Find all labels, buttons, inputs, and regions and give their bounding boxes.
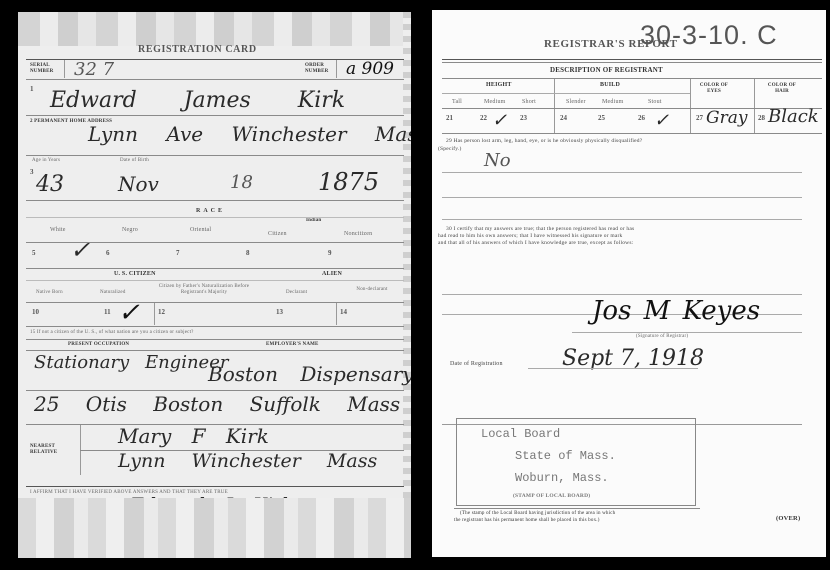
divider: [442, 59, 822, 60]
divider: [454, 508, 700, 509]
field-number: 28: [758, 114, 765, 122]
scan-texture-bottom: [18, 498, 411, 558]
field-number: 8: [246, 249, 250, 257]
divider: [528, 368, 698, 369]
divider: [336, 60, 337, 78]
field-number: 25: [598, 114, 605, 122]
date-of-registration-label: Date of Registration: [450, 361, 503, 367]
medium-height-checkmark: ✓: [492, 110, 507, 131]
divider: [690, 79, 691, 133]
question-30-line-3: and that all of his answers of which I h…: [438, 240, 633, 246]
description-title: DESCRIPTION OF REGISTRANT: [550, 66, 663, 74]
divider: [26, 79, 404, 80]
height-col-medium: Medium: [484, 99, 506, 105]
scan-texture-top: [18, 12, 411, 46]
relative-name: Mary F Kirk: [118, 424, 269, 448]
order-number: a 909: [346, 59, 394, 79]
divider: [26, 350, 404, 351]
footnote-line-1: (The stamp of the Local Board having jur…: [460, 511, 615, 516]
divider: [26, 200, 404, 201]
stamp-line-2: State of Mass.: [515, 449, 616, 463]
local-board-stamp-box: Local Board State of Mass. Woburn, Mass.…: [456, 418, 696, 506]
field-number: 27: [696, 114, 703, 122]
dob-label: Date of Birth: [120, 158, 149, 163]
height-label: HEIGHT: [486, 82, 512, 88]
home-address: Lynn Ave Winchester Mass: [88, 122, 411, 146]
divider: [442, 219, 802, 220]
citizen-col-declarant: Declarant: [286, 290, 307, 295]
field-number: 14: [340, 308, 347, 316]
stout-build-checkmark: ✓: [654, 110, 669, 131]
white-checkmark: ✓: [70, 236, 90, 264]
registrar-signature: Jos M Keyes: [592, 296, 760, 326]
race-col-white: White: [50, 227, 66, 233]
employment-place: 25 Otis Boston Suffolk Mass: [34, 392, 400, 416]
field-number: 22: [480, 114, 487, 122]
height-col-tall: Tall: [452, 99, 462, 105]
footnote-line-2: the registrant has his permanent home sh…: [454, 518, 600, 523]
divider: [442, 197, 802, 198]
citizen-col-by-father: Citizen by Father's Naturalization Befor…: [154, 284, 254, 296]
build-col-stout: Stout: [648, 99, 662, 105]
race-col-negro: Negro: [122, 227, 138, 233]
divider: [26, 115, 404, 116]
divider: [442, 78, 822, 79]
stamped-number: 30-3-10. C: [640, 20, 778, 51]
divider: [26, 155, 404, 156]
divider: [64, 60, 65, 78]
citizen-col-nondeclarant: Non-declarant: [354, 287, 390, 293]
registration-card: REGISTRATION CARD SERIAL NUMBER 32 7 ORD…: [18, 12, 411, 558]
divider: [442, 172, 802, 173]
registrant-name: Edward James Kirk: [50, 88, 345, 113]
divider: [26, 339, 404, 340]
scan-texture-edge: [403, 12, 411, 558]
field-number: 26: [638, 114, 645, 122]
divider: [26, 280, 404, 281]
divider: [554, 79, 555, 133]
registrars-report-card: REGISTRAR'S REPORT 30-3-10. C DESCRIPTIO…: [432, 10, 826, 557]
citizen-col-native: Native Born: [36, 290, 63, 295]
field-number: 21: [446, 114, 453, 122]
order-label: ORDER NUMBER: [305, 63, 335, 75]
age-value: 43: [36, 172, 64, 197]
field-number: 7: [176, 249, 180, 257]
birth-year: 1875: [318, 168, 379, 196]
field-number: 9: [328, 249, 332, 257]
race-col-noncitizen: Noncitizen: [344, 231, 372, 237]
field-number: 10: [32, 308, 39, 316]
divider: [442, 294, 802, 295]
occupation-value: Stationary Engineer: [34, 352, 228, 373]
divider: [154, 303, 155, 325]
divider: [442, 93, 690, 94]
age-label: Age in Years: [32, 158, 60, 163]
build-col-slender: Slender: [566, 99, 586, 105]
race-label: RACE: [196, 208, 225, 214]
field-number: 23: [520, 114, 527, 122]
divider: [442, 133, 822, 134]
indian-label: Indian: [306, 218, 321, 223]
divider: [572, 332, 802, 333]
question-29-specify: (Specify.): [438, 146, 461, 152]
eye-color-label: COLOR OF EYES: [696, 83, 732, 95]
hair-color-label: COLOR OF HAIR: [762, 83, 802, 95]
field-number: 5: [32, 249, 36, 257]
citizen-col-naturalized: Naturalized: [100, 290, 126, 295]
field-number: 13: [276, 308, 283, 316]
stamp-caption: (STAMP OF LOCAL BOARD): [513, 493, 590, 499]
field-number: 12: [158, 308, 165, 316]
nationality-question: 15 If not a citizen of the U. S., of wha…: [30, 330, 194, 335]
divider: [442, 62, 822, 63]
employer-value: Boston Dispensary: [208, 362, 411, 386]
occupation-label: PRESENT OCCUPATION: [68, 342, 129, 347]
build-label: BUILD: [600, 82, 620, 88]
registrar-signature-caption: (Signature of Registrar): [636, 334, 688, 339]
height-col-short: Short: [522, 99, 536, 105]
employer-label: EMPLOYER'S NAME: [266, 342, 319, 347]
question-29: 29 Has person lost arm, leg, hand, eye, …: [446, 138, 642, 144]
divider: [336, 303, 337, 325]
field-number: 3: [30, 168, 34, 176]
divider: [26, 217, 404, 218]
question-30-line-1: 30 I certify that my answers are true; t…: [446, 226, 634, 232]
alien-label: ALIEN: [322, 271, 342, 277]
eye-color-value: Gray: [706, 108, 747, 128]
registration-card-title: REGISTRATION CARD: [138, 44, 257, 55]
stamp-line-3: Woburn, Mass.: [515, 471, 609, 485]
field-number: 1: [30, 85, 34, 93]
divider: [26, 302, 404, 303]
nearest-relative-label: NEAREST RELATIVE: [30, 444, 62, 456]
divider: [26, 390, 404, 391]
birth-month: Nov: [118, 172, 159, 196]
field-number: 11: [104, 308, 111, 316]
divider: [26, 326, 404, 327]
stamp-line-1: Local Board: [481, 427, 560, 441]
field-number: 6: [106, 249, 110, 257]
native-born-checkmark: ✓: [118, 298, 140, 328]
question-29-answer: No: [484, 150, 511, 171]
serial-label: SERIAL NUMBER: [30, 63, 58, 75]
divider: [442, 108, 822, 109]
race-col-oriental: Oriental: [190, 227, 211, 233]
relative-address: Lynn Winchester Mass: [118, 450, 377, 472]
divider: [26, 268, 404, 269]
over-label: (OVER): [776, 515, 800, 522]
divider: [26, 486, 404, 487]
build-col-medium: Medium: [602, 99, 624, 105]
race-col-citizen: Citizen: [268, 231, 287, 237]
birth-day: 18: [230, 172, 253, 193]
hair-color-value: Black: [768, 106, 819, 127]
divider: [754, 79, 755, 133]
field-number: 24: [560, 114, 567, 122]
question-30-line-2: had read to him his own answers; that I …: [438, 233, 622, 239]
serial-number: 32 7: [74, 59, 114, 80]
us-citizen-label: U. S. CITIZEN: [114, 271, 156, 277]
